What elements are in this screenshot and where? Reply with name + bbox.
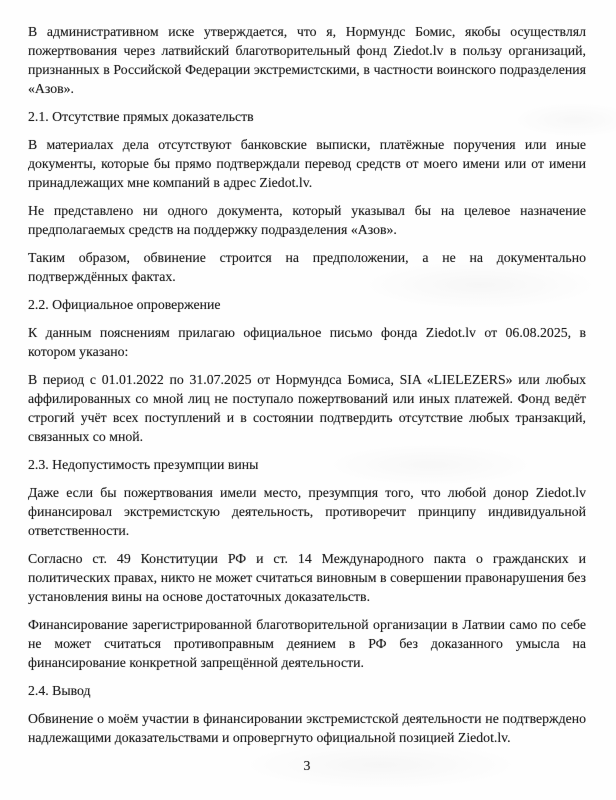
document-page: В административном иске утверждается, чт… — [0, 0, 616, 800]
section-heading-2-2: 2.2. Официальное опровержение — [28, 295, 586, 314]
paragraph-no-purpose-document: Не представлено ни одного документа, кот… — [28, 201, 586, 239]
paragraph-constitution: Согласно ст. 49 Конституции РФ и ст. 14 … — [28, 549, 586, 606]
paragraph-no-bank-documents: В материалах дела отсутствуют банковские… — [28, 135, 586, 192]
paragraph-conclusion: Обвинение о моём участии в финансировани… — [28, 709, 586, 747]
section-heading-2-3: 2.3. Недопустимость презумпции вины — [28, 455, 586, 474]
paragraph-official-letter: К данным пояснениям прилагаю официальное… — [28, 323, 586, 361]
section-heading-2-1: 2.1. Отсутствие прямых доказательств — [28, 107, 586, 126]
paragraph-assumption: Таким образом, обвинение строится на пре… — [28, 248, 586, 286]
paragraph-fund-statement: В период с 01.01.2022 по 31.07.2025 от Н… — [28, 370, 586, 446]
page-number: 3 — [28, 756, 586, 775]
paragraph-latvia-financing: Финансирование зарегистрированной благот… — [28, 615, 586, 672]
paragraph-presumption: Даже если бы пожертвования имели место, … — [28, 483, 586, 540]
paragraph-intro: В административном иске утверждается, чт… — [28, 22, 586, 98]
section-heading-2-4: 2.4. Вывод — [28, 681, 586, 700]
